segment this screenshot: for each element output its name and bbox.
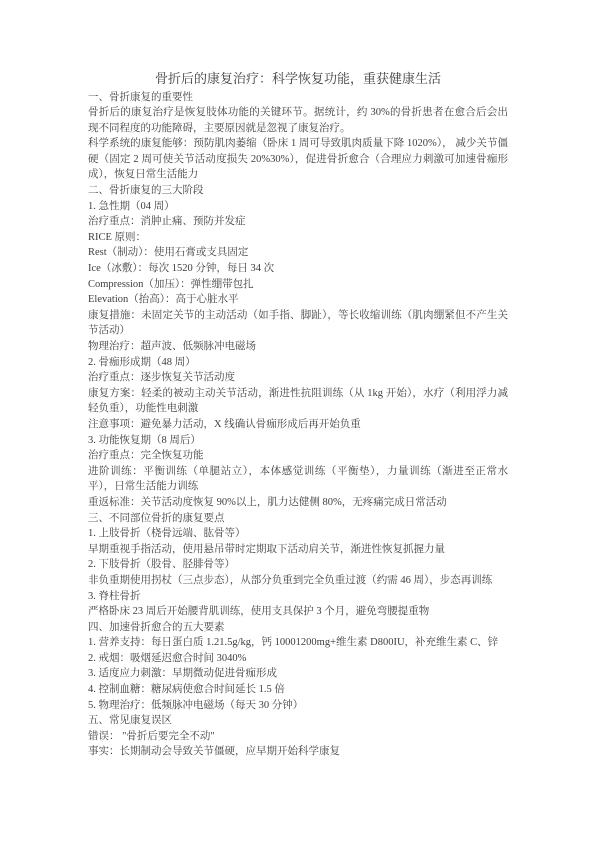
paragraph: 骨折后的康复治疗是恢复肢体功能的关键环节。据统计，约 30%的骨折患者在愈合后会… (88, 105, 508, 136)
paragraph: RICE 原则： (88, 230, 508, 246)
paragraph: 物理治疗：超声波、低频脉冲电磁场 (88, 339, 508, 355)
paragraph: 康复方案：轻柔的被动主动关节活动，渐进性抗阻训练（从 1kg 开始），水疗（利用… (88, 386, 508, 417)
numbered-item: 3. 脊柱骨折 (88, 589, 508, 605)
section-heading: 一、骨折康复的重要性 (88, 90, 508, 106)
section-heading: 五、常见康复误区 (88, 713, 508, 729)
numbered-item: 1. 上肢骨折（桡骨远端、肱骨等） (88, 526, 508, 542)
paragraph: 早期重视手指活动，使用悬吊带时定期取下活动肩关节，渐进性恢复抓握力量 (88, 542, 508, 558)
numbered-item: 2. 戒烟：吸烟延迟愈合时间 3040% (88, 651, 508, 667)
paragraph: 康复措施：未固定关节的主动活动（如手指、脚趾），等长收缩训练（肌肉绷紧但不产生关… (88, 308, 508, 339)
paragraph: 治疗重点：完全恢复功能 (88, 448, 508, 464)
section-heading: 四、加速骨折愈合的五大要素 (88, 620, 508, 636)
paragraph: 治疗重点：消肿止痛、预防并发症 (88, 214, 508, 230)
document-page: 骨折后的康复治疗：科学恢复功能，重获健康生活一、骨折康复的重要性骨折后的康复治疗… (0, 0, 595, 841)
document-body: 骨折后的康复治疗：科学恢复功能，重获健康生活一、骨折康复的重要性骨折后的康复治疗… (88, 70, 508, 760)
paragraph: Elevation（抬高）：高于心脏水平 (88, 292, 508, 308)
numbered-item: 2. 骨痂形成期（48 周） (88, 355, 508, 371)
paragraph: 进阶训练：平衡训练（单腿站立），本体感觉训练（平衡垫），力量训练（渐进至正常水平… (88, 464, 508, 495)
paragraph: Compression（加压）：弹性绷带包扎 (88, 277, 508, 293)
numbered-item: 1. 急性期（04 周） (88, 199, 508, 215)
numbered-item: 4. 控制血糖：糖尿病使愈合时间延长 1.5 倍 (88, 682, 508, 698)
paragraph: 严格卧床 23 周后开始腰背肌训练，使用支具保护 3 个月，避免弯腰提重物 (88, 604, 508, 620)
paragraph: 注意事项：避免暴力活动，X 线确认骨痂形成后再开始负重 (88, 417, 508, 433)
numbered-item: 3. 功能恢复期（8 周后） (88, 433, 508, 449)
section-heading: 三、不同部位骨折的康复要点 (88, 511, 508, 527)
paragraph: 重返标准：关节活动度恢复 90%以上，肌力达健侧 80%，无疼痛完成日常活动 (88, 495, 508, 511)
paragraph: 科学系统的康复能够：预防肌肉萎缩（卧床 1 周可导致肌肉质量下降 1020%），… (88, 136, 508, 183)
paragraph: 事实：长期制动会导致关节僵硬，应早期开始科学康复 (88, 744, 508, 760)
section-heading: 二、骨折康复的三大阶段 (88, 183, 508, 199)
paragraph: 治疗重点：逐步恢复关节活动度 (88, 370, 508, 386)
paragraph: Ice（冰敷）：每次 1520 分钟，每日 34 次 (88, 261, 508, 277)
paragraph: Rest（制动）：使用石膏或支具固定 (88, 245, 508, 261)
document-title: 骨折后的康复治疗：科学恢复功能，重获健康生活 (88, 70, 508, 88)
paragraph: 错误： "骨折后要完全不动" (88, 729, 508, 745)
numbered-item: 3. 适度应力刺激：早期微动促进骨痂形成 (88, 666, 508, 682)
numbered-item: 1. 营养支持：每日蛋白质 1.21.5g/kg，钙 10001200mg+维生… (88, 635, 508, 651)
numbered-item: 2. 下肢骨折（股骨、胫腓骨等） (88, 557, 508, 573)
paragraph: 非负重期使用拐杖（三点步态），从部分负重到完全负重过渡（约需 46 周），步态再… (88, 573, 508, 589)
numbered-item: 5. 物理治疗：低频脉冲电磁场（每天 30 分钟） (88, 698, 508, 714)
